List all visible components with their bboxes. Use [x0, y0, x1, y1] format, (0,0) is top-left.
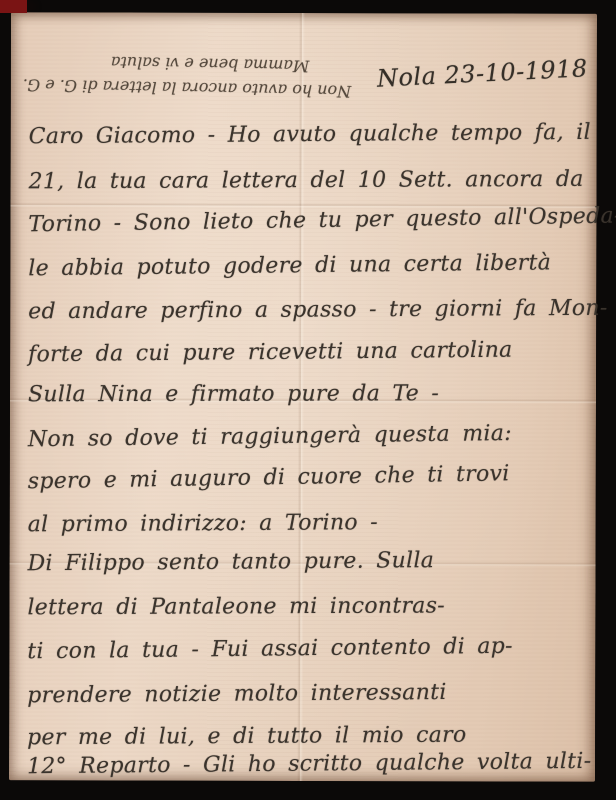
scan-corner-mark	[0, 0, 27, 13]
handwriting-line: al primo indirizzo: a Torino -	[28, 510, 378, 537]
handwriting-line: lettera di Pantaleone mi incontras-	[27, 593, 445, 620]
handwriting-line: le abbia potuto godere di una certa libe…	[28, 250, 551, 281]
handwriting-line: Di Filippo sento tanto pure. Sulla	[27, 548, 434, 576]
handwriting-line: prendere notizie molto interessanti	[27, 680, 447, 708]
handwriting-line: Torino - Sono lieto che tu per questo al…	[28, 203, 616, 237]
handwriting-line: Non so dove ti raggiungerà questa mia:	[28, 421, 512, 452]
letter-date: Nola 23-10-1918	[376, 54, 588, 92]
letter-paper: Mamma bene e vi saluta Non ho avuto anco…	[9, 12, 597, 782]
handwriting-line: spero e mi auguro di cuore che ti trovi	[28, 461, 510, 494]
scan-background: Mamma bene e vi saluta Non ho avuto anco…	[0, 0, 616, 800]
handwriting-line: 12° Reparto - Gli ho scritto qualche vol…	[27, 749, 592, 779]
handwriting-line: forte da cui pure ricevetti una cartolin…	[28, 338, 513, 368]
handwriting-line: ed andare perfino a spasso - tre giorni …	[28, 296, 607, 325]
handwriting-line: Sulla Nina e firmato pure da Te -	[28, 381, 439, 407]
handwriting-line: ti con la tua - Fui assai contento di ap…	[27, 634, 513, 665]
inverted-note-line: Mamma bene e vi saluta	[111, 53, 310, 76]
handwriting-line: Caro Giacomo - Ho avuto qualche tempo fa…	[29, 120, 591, 149]
handwriting-line: 21, la tua cara lettera del 10 Sett. anc…	[29, 167, 584, 194]
handwriting-line: per me di lui, e di tutto il mio caro	[27, 723, 467, 751]
